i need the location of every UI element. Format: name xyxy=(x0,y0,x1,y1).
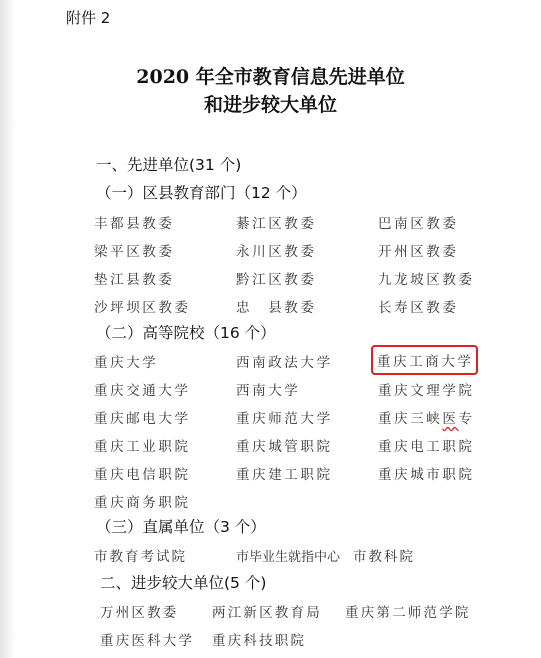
document-title-line-1: 2020 年全市教育信息先进单位 xyxy=(0,62,541,89)
list-item: 永川区教委 xyxy=(236,240,317,260)
group-heading-universities: （二）高等院校（16 个） xyxy=(96,321,276,343)
group-heading-direct-units: （三）直属单位（3 个） xyxy=(96,515,266,537)
list-item: 丰都县教委 xyxy=(94,212,175,232)
list-item: 市教育考试院 xyxy=(94,545,187,565)
list-item: 重庆电信职院 xyxy=(94,463,191,483)
list-item: 重庆城管职院 xyxy=(236,435,333,455)
list-item: 忠 县教委 xyxy=(236,296,317,316)
list-item-with-spellcheck: 重庆三峡医专 xyxy=(378,407,475,427)
list-item: 市教科院 xyxy=(353,545,415,565)
list-item: 重庆交通大学 xyxy=(94,379,191,399)
list-item: 万州区教委 xyxy=(100,601,179,621)
section-heading-advanced-units: 一、先进单位(31 个) xyxy=(96,153,241,175)
list-item: 梁平区教委 xyxy=(94,240,175,260)
list-item: 九龙坡区教委 xyxy=(378,268,475,288)
attachment-label: 附件 2 xyxy=(66,7,110,28)
list-item: 重庆邮电大学 xyxy=(94,407,191,427)
list-item: 重庆师范大学 xyxy=(236,407,333,427)
list-item: 长寿区教委 xyxy=(378,296,459,316)
list-item: 巴南区教委 xyxy=(378,212,459,232)
list-item: 垫江县教委 xyxy=(94,268,175,288)
list-item: 开州区教委 xyxy=(378,240,459,260)
document-title-line-2: 和进步较大单位 xyxy=(0,90,541,117)
list-item: 重庆科技职院 xyxy=(212,629,306,649)
list-item: 重庆商务职院 xyxy=(94,491,191,511)
list-item: 沙坪坝区教委 xyxy=(94,296,191,316)
list-item: 重庆第二师范学院 xyxy=(345,601,471,621)
list-item-text: 重庆三峡 xyxy=(378,411,442,427)
list-item: 市毕业生就指中心 xyxy=(236,546,340,565)
list-item: 重庆工业职院 xyxy=(94,435,191,455)
list-item: 西南大学 xyxy=(236,379,300,399)
highlighted-list-item: 重庆工商大学 xyxy=(371,345,478,375)
list-item: 西南政法大学 xyxy=(236,351,333,371)
list-item: 黔江区教委 xyxy=(236,268,317,288)
list-item: 重庆文理学院 xyxy=(378,379,475,399)
list-item: 重庆电工职院 xyxy=(378,435,475,455)
list-item: 綦江区教委 xyxy=(236,212,317,232)
list-item: 重庆医科大学 xyxy=(100,629,194,649)
group-heading-district-education: （一）区县教育部门（12 个） xyxy=(96,181,307,203)
section-heading-progress-units: 二、进步较大单位(5 个) xyxy=(100,571,266,593)
list-item: 重庆大学 xyxy=(94,351,158,371)
list-item-text-suffix: 专 xyxy=(459,411,475,427)
list-item: 重庆城市职院 xyxy=(378,463,475,483)
spellcheck-underlined-text[interactable]: 医 xyxy=(442,411,458,427)
list-item: 重庆建工职院 xyxy=(236,463,333,483)
list-item: 两江新区教育局 xyxy=(212,601,322,621)
